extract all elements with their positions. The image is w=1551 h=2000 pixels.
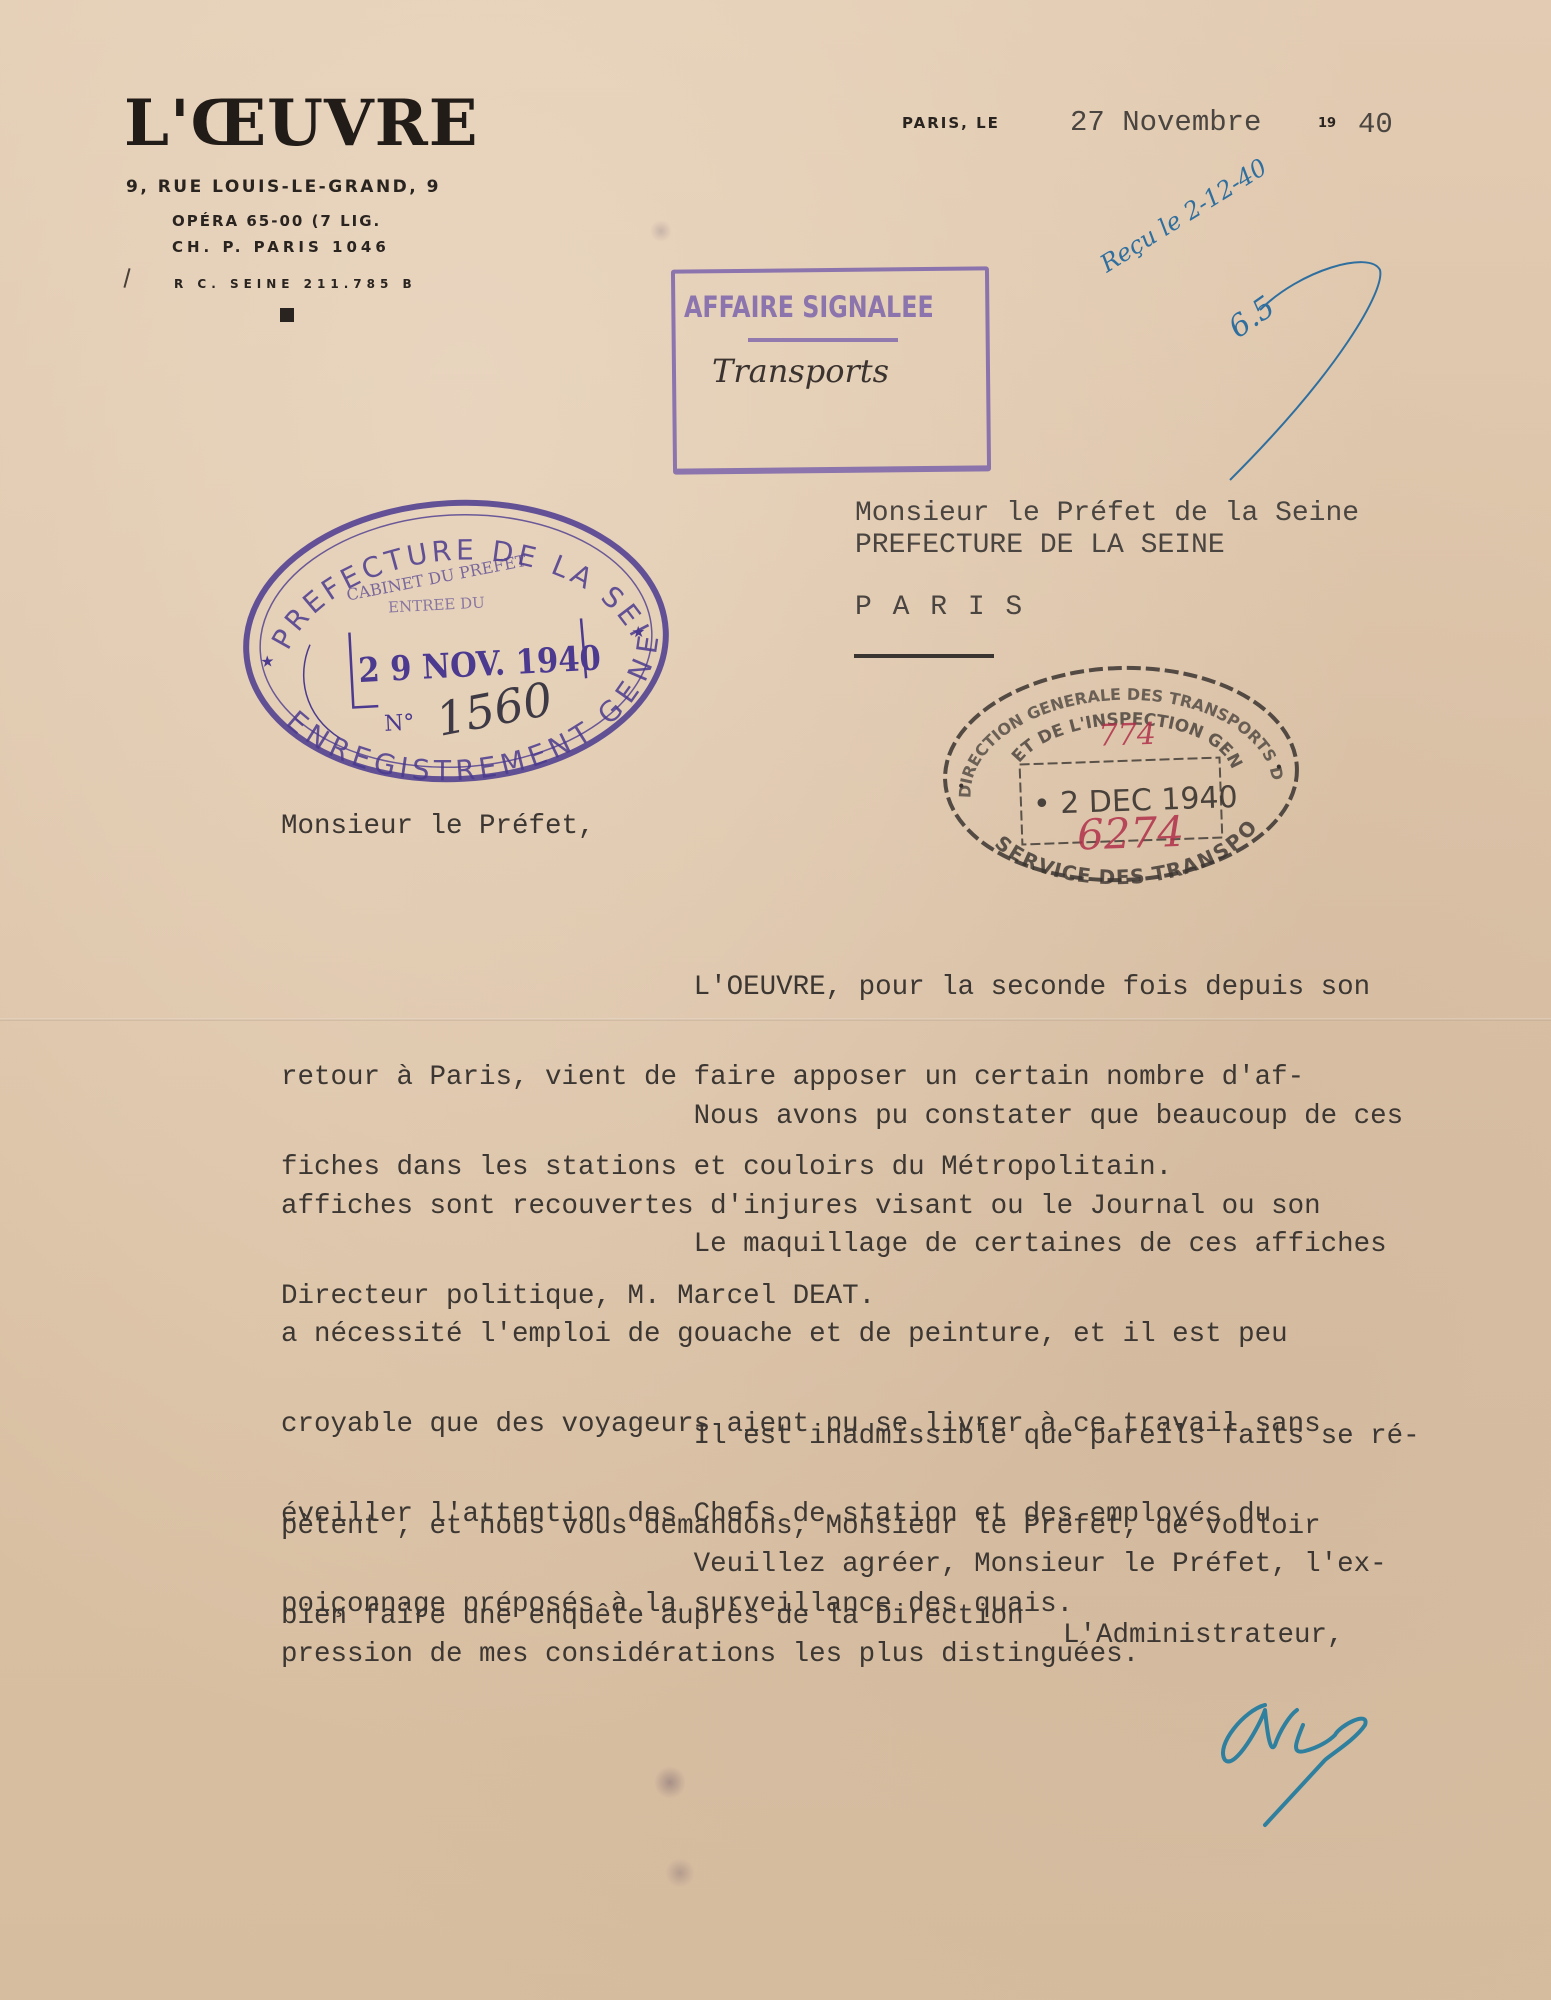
ink-smudge bbox=[665, 1858, 695, 1888]
transports-service-stamp: DIRECTION GENERALE DES TRANSPORTS DE L'E… bbox=[936, 657, 1306, 891]
annotation-stroke-icon bbox=[1220, 250, 1400, 490]
paragraph-line: Il est inadmissible que pareils faits se… bbox=[281, 1422, 1420, 1452]
dateline-year: 40 bbox=[1358, 108, 1393, 141]
salutation: Monsieur le Préfet, bbox=[281, 812, 595, 842]
letterhead-address: 9, RUE LOUIS-LE-GRAND, 9 bbox=[126, 177, 441, 197]
affaire-signalee-stamp-underline bbox=[748, 338, 898, 342]
dateline-prefix: PARIS, LE bbox=[902, 114, 1000, 132]
paragraph-line: Le maquillage de certaines de ces affich… bbox=[281, 1230, 1387, 1260]
transports-stamp-red-number: 6274 bbox=[1076, 807, 1185, 860]
letterhead-phone: OPÉRA 65-00 (7 LIG. bbox=[172, 212, 381, 230]
ink-smudge bbox=[650, 220, 672, 242]
letterhead-postal-account: CH. P. PARIS 1046 bbox=[172, 238, 390, 256]
star-icon: ★ bbox=[260, 649, 275, 675]
prefecture-stamp-entree: ENTREE DU bbox=[388, 593, 486, 616]
paragraph-line: a nécessité l'emploi de gouache et de pe… bbox=[281, 1320, 1387, 1350]
recipient-rule bbox=[854, 654, 994, 658]
dateline-century: 19 bbox=[1318, 116, 1336, 131]
transports-stamp-red-top: 774 bbox=[1098, 717, 1156, 754]
prefecture-registration-stamp: PREFECTURE DE LA SEINE ENREGISTREMENT GE… bbox=[233, 486, 679, 796]
prefecture-stamp-date: 2 9 NOV. 1940 bbox=[357, 638, 601, 691]
signature-icon bbox=[1205, 1685, 1385, 1835]
star-icon: ★ bbox=[631, 619, 646, 645]
paragraph-5: Veuillez agréer, Monsieur le Préfet, l'e… bbox=[281, 1490, 1387, 1700]
paragraph-line: Nous avons pu constater que beaucoup de … bbox=[281, 1102, 1403, 1132]
dot-icon: ● bbox=[958, 781, 964, 792]
letterhead-brand: L'ŒUVRE bbox=[124, 92, 479, 156]
recipient-line-2: PREFECTURE DE LA SEINE bbox=[855, 530, 1225, 561]
affaire-signalee-handwritten: Transports bbox=[712, 352, 889, 390]
recipient-line-1: Monsieur le Préfet de la Seine bbox=[855, 498, 1359, 529]
recipient-city: P A R I S bbox=[855, 592, 1024, 623]
closing-title: L'Administrateur, bbox=[1063, 1620, 1344, 1651]
paragraph-line: L'OEUVRE, pour la seconde fois depuis so… bbox=[281, 973, 1370, 1003]
letterhead-square-mark bbox=[280, 308, 294, 322]
dateline-date: 27 Novembre bbox=[1070, 106, 1261, 139]
pencil-mark bbox=[123, 268, 130, 288]
dot-icon: ● bbox=[1276, 762, 1282, 773]
letterhead-registry: R C. SEINE 211.785 B bbox=[174, 277, 417, 291]
paragraph-line: Veuillez agréer, Monsieur le Préfet, l'e… bbox=[281, 1550, 1387, 1580]
ink-smudge bbox=[655, 1765, 685, 1800]
affaire-signalee-stamp-title: AFFAIRE SIGNALEE bbox=[684, 290, 934, 324]
prefecture-stamp-number-label: N° bbox=[384, 710, 416, 737]
